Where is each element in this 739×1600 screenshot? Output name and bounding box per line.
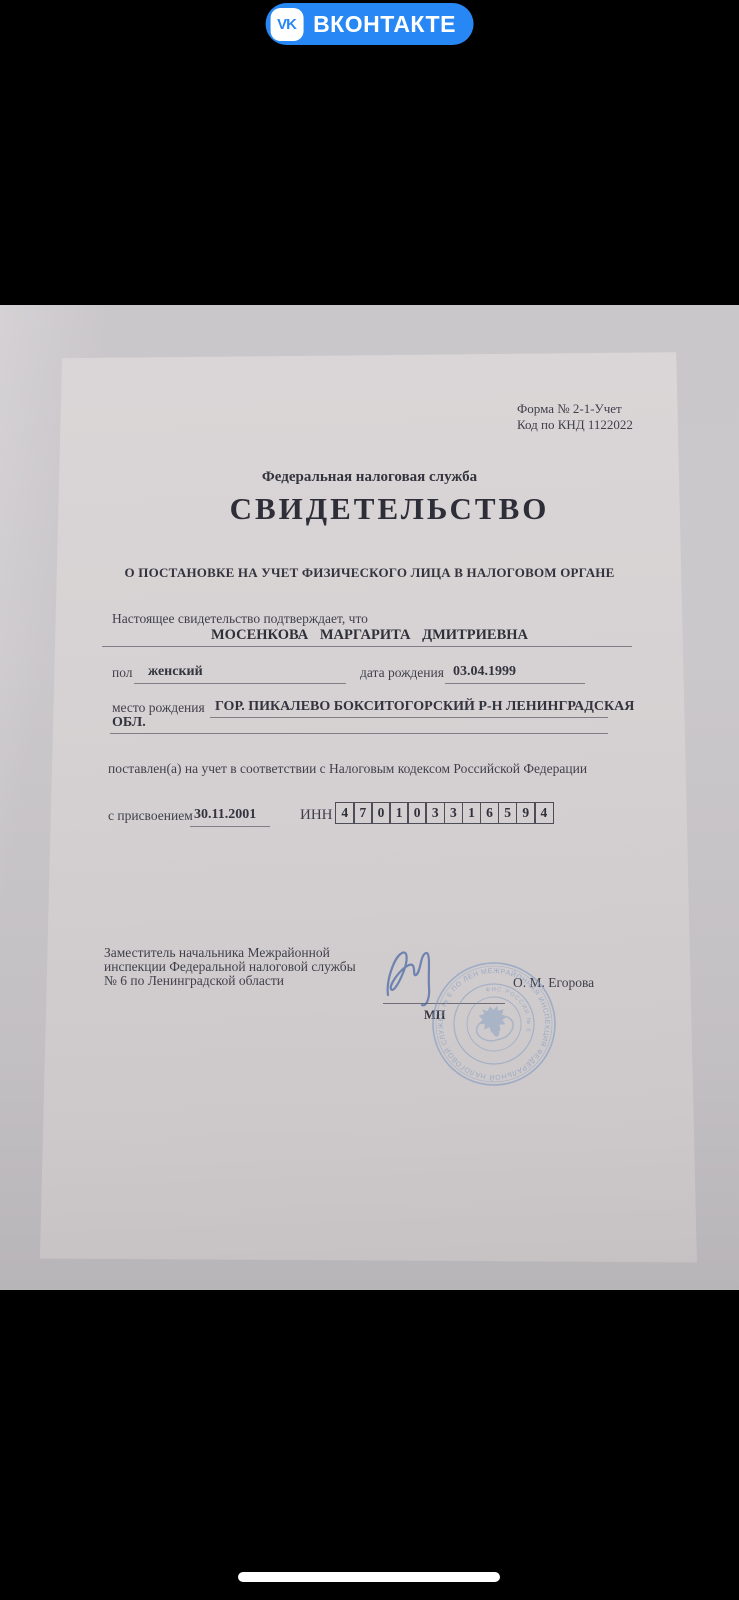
vk-logo-icon: VK (270, 8, 303, 41)
inn-digit: 5 (498, 802, 518, 824)
inn-digit: 9 (516, 802, 536, 824)
document-photo[interactable]: Форма № 2-1-Учет Код по КНД 1122022 Феде… (0, 305, 739, 1290)
inn-digit: 4 (335, 802, 355, 824)
birth-place-value-line2: ОБЛ. (112, 715, 146, 731)
birth-place-underline-2 (110, 733, 608, 734)
registered-line: поставлен(а) на учет в соответствии с На… (108, 761, 587, 777)
paper-sheet: Форма № 2-1-Учет Код по КНД 1122022 Феде… (0, 305, 739, 1290)
signer-title: Заместитель начальника Межрайонной инспе… (104, 946, 356, 988)
inn-digit: 0 (407, 802, 427, 824)
sex-underline (134, 683, 346, 684)
document-subtitle: О ПОСТАНОВКЕ НА УЧЕТ ФИЗИЧЕСКОГО ЛИЦА В … (0, 565, 739, 581)
sex-value: женский (148, 664, 203, 680)
sex-label: пол (112, 665, 133, 681)
name-underline (102, 646, 632, 647)
inn-digit: 6 (480, 802, 500, 824)
inn-boxes: 4 7 0 1 0 3 3 1 6 5 9 4 (335, 802, 554, 824)
inn-digit: 7 (353, 802, 373, 824)
inn-digit: 3 (425, 802, 445, 824)
assign-date: 30.11.2001 (194, 807, 256, 823)
birth-date-label: дата рождения (360, 665, 444, 681)
vk-badge[interactable]: VK ВКОНТАКТЕ (265, 3, 474, 45)
home-indicator[interactable] (238, 1572, 500, 1582)
signer-title-line: инспекции Федеральной налоговой службы (104, 960, 356, 974)
document-title: СВИДЕТЕЛЬСТВО (20, 491, 739, 527)
birth-place-underline-1 (210, 717, 608, 718)
form-code-block: Форма № 2-1-Учет Код по КНД 1122022 (517, 401, 633, 433)
inn-digit: 0 (371, 802, 391, 824)
birth-place-label: место рождения (112, 700, 205, 716)
confirm-line: Настоящее свидетельство подтверждает, чт… (112, 611, 368, 627)
knd-code: Код по КНД 1122022 (517, 417, 633, 433)
signer-title-line: Заместитель начальника Межрайонной (104, 946, 356, 960)
tax-certificate: Форма № 2-1-Учет Код по КНД 1122022 Феде… (0, 305, 739, 1290)
assign-label: с присвоением (108, 808, 193, 824)
inn-label: ИНН (300, 807, 333, 824)
birth-date-underline (445, 683, 585, 684)
signer-title-line: № 6 по Ленинградской области (104, 974, 356, 988)
full-name: МОСЕНКОВА МАРГАРИТА ДМИТРИЕВНА (0, 627, 739, 644)
inn-digit: 1 (389, 802, 409, 824)
agency-name: Федеральная налоговая служба (0, 469, 739, 486)
vk-badge-label: ВКОНТАКТЕ (313, 11, 456, 38)
assign-date-underline (190, 826, 270, 827)
birth-date-value: 03.04.1999 (453, 664, 516, 680)
inn-digit: 3 (444, 802, 464, 824)
inn-digit: 4 (534, 802, 554, 824)
inn-digit: 1 (462, 802, 482, 824)
form-number: Форма № 2-1-Учет (517, 401, 633, 417)
eagle-emblem (472, 1002, 516, 1044)
birth-place-value-line1: ГОР. ПИКАЛЕВО БОКСИТОГОРСКИЙ Р-Н ЛЕНИНГР… (215, 699, 634, 715)
screen: VK ВКОНТАКТЕ Форма № 2-1-Учет Код по КНД… (0, 0, 739, 1600)
